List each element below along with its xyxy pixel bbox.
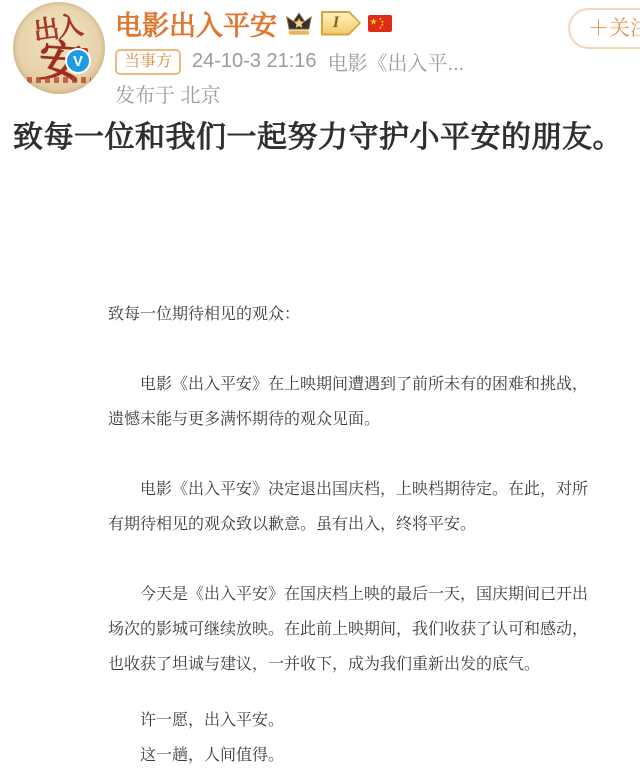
post-source-link[interactable]: 电影《出入平... bbox=[328, 47, 465, 76]
letter-closing: 许一愿，出入平安。 这一趟，人间值得。 bbox=[108, 703, 640, 773]
post-location: 发布于 北京 bbox=[115, 85, 221, 107]
post-timestamp: 24-10-3 21:16 bbox=[192, 50, 317, 73]
vip-level-text: I bbox=[333, 14, 339, 32]
username-row: 电影出入平安 I ★ bbox=[115, 5, 640, 41]
post-header: 出入 安 V 电影出入平安 I bbox=[0, 0, 640, 110]
letter-paragraph: 电影《出入平安》决定退出国庆档，上映档期待定。在此，对所有期待相见的观众致以歉意… bbox=[108, 472, 592, 542]
verified-v-icon: V bbox=[65, 48, 91, 74]
avatar-fine-print bbox=[27, 77, 91, 83]
letter-image[interactable]: 致每一位期待相见的观众： 电影《出入平安》在上映期间遭遇到了前所未有的困难和挑战… bbox=[0, 297, 640, 773]
letter-closing-line: 许一愿，出入平安。 bbox=[108, 703, 592, 738]
avatar-image: 出入 安 bbox=[13, 2, 105, 94]
letter-paragraph: 今天是《出入平安》在国庆档上映的最后一天，国庆期间已开出场次的影城可继续放映。在… bbox=[108, 577, 592, 682]
meta-row: 当事方 24-10-3 21:16 电影《出入平... bbox=[115, 48, 640, 75]
post-title: 致每一位和我们一起努力守护小平安的朋友。 bbox=[13, 116, 630, 160]
letter-closing-line: 这一趟，人间值得。 bbox=[108, 738, 592, 773]
vip-level-badge-icon: I bbox=[321, 11, 361, 36]
letter-paragraph: 电影《出入平安》在上映期间遭遇到了前所未有的困难和挑战，遗憾未能与更多满怀期待的… bbox=[108, 367, 592, 437]
weibo-post-page: 出入 安 V 电影出入平安 I bbox=[0, 0, 640, 782]
header-main: 电影出入平安 I ★ bbox=[115, 5, 640, 108]
letter-salutation: 致每一位期待相见的观众： bbox=[108, 297, 592, 332]
location-row: 发布于 北京 bbox=[115, 79, 640, 108]
china-flag-icon: ★ ★ ★ ★ ★ bbox=[368, 15, 392, 32]
vip-level-badge-inner: I bbox=[323, 13, 359, 34]
vip-crown-icon bbox=[284, 10, 314, 37]
svg-text:★: ★ bbox=[370, 16, 378, 26]
user-avatar[interactable]: 出入 安 V bbox=[13, 2, 105, 94]
username-link[interactable]: 电影出入平安 bbox=[115, 4, 277, 43]
follow-button[interactable]: ＋关注 bbox=[568, 8, 640, 49]
svg-text:★: ★ bbox=[379, 25, 383, 30]
party-badge: 当事方 bbox=[115, 49, 181, 75]
